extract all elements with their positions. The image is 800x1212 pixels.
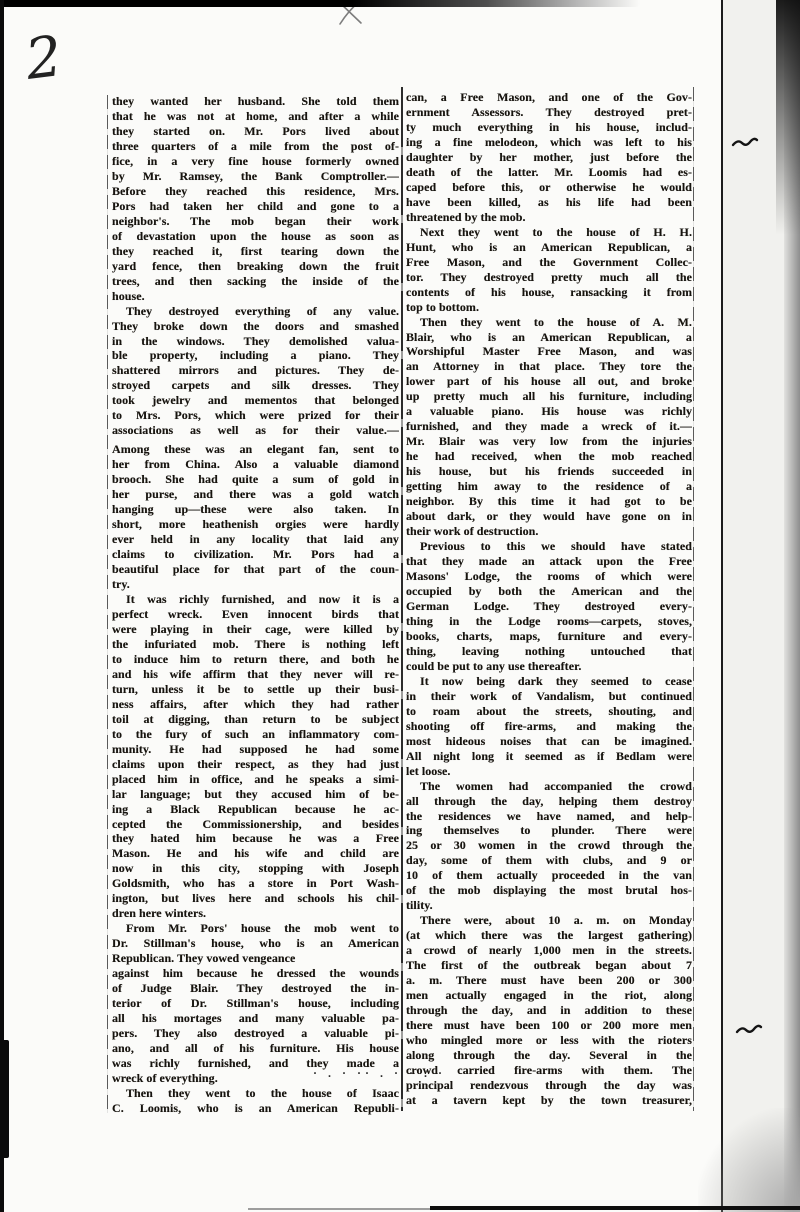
text-line: The first of the outbreak began about 7 bbox=[406, 958, 692, 973]
text-line: a. m. There must have been 200 or 300 bbox=[406, 973, 692, 988]
text-line: a crowd of nearly 1,000 men in the stree… bbox=[406, 943, 692, 958]
text-line: C. Loomis, who is an American Republi- bbox=[112, 1101, 399, 1116]
text-line: Dr. Stillman's house, who is an American bbox=[112, 936, 399, 951]
text-line: they reached it, first tearing down the bbox=[112, 244, 399, 259]
text-line: took jewelry and mementos that belonged bbox=[112, 393, 399, 408]
text-line: claims upon their respect, as they had j… bbox=[112, 757, 399, 772]
text-line: Blair, who is an American Republican, a bbox=[406, 330, 692, 345]
text-line: Goldsmith, who has a store in Port Wash- bbox=[112, 876, 399, 891]
text-line: their work of destruction. bbox=[406, 524, 692, 539]
text-line: It now being dark they seemed to cease bbox=[406, 674, 692, 689]
text-line: top to bottom. bbox=[406, 300, 692, 315]
text-line: stroyed carpets and silk dresses. They bbox=[112, 378, 399, 393]
text-line: trees, and then sacking the inside of th… bbox=[112, 274, 399, 289]
article-column-right: can, a Free Mason, and one of the Gov-er… bbox=[406, 90, 692, 1108]
text-line: Among these was an elegant fan, sent to bbox=[112, 442, 399, 457]
text-line: (at which there was the largest gatherin… bbox=[406, 928, 692, 943]
text-line: placed him in office, and he speaks a si… bbox=[112, 772, 399, 787]
scan-shadow-bottom-right bbox=[698, 1108, 800, 1212]
text-line: daughter by her mother, just before the bbox=[406, 150, 692, 165]
text-line: day, some of them with clubs, and 9 or bbox=[406, 853, 692, 868]
scan-edge-top bbox=[0, 0, 640, 7]
text-line: all his mortages and many valuable pa- bbox=[112, 1011, 399, 1026]
text-line: shattered mirrors and pictures. They de- bbox=[112, 363, 399, 378]
text-line: short, more heathenish orgies were hardl… bbox=[112, 517, 399, 532]
text-line: Then they went to the house of A. M. bbox=[406, 315, 692, 330]
text-line: Then they went to the house of Isaac bbox=[112, 1086, 399, 1101]
text-line: her from China. Also a valuable diamond bbox=[112, 457, 399, 472]
text-line: all through the day, helping them destro… bbox=[406, 794, 692, 809]
text-line: to Mrs. Pors, which were prized for thei… bbox=[112, 408, 399, 423]
text-line: lower part of his house all out, and bro… bbox=[406, 374, 692, 389]
text-line: ing a fine melodeon, which was left to h… bbox=[406, 135, 692, 150]
text-line: claims to civilization. Mr. Pors had a bbox=[112, 547, 399, 562]
text-line: 10 of them actually proceeded in the van bbox=[406, 868, 692, 883]
text-line: ano, and all of his furniture. His house bbox=[112, 1041, 399, 1056]
text-line: against him because he dressed the wound… bbox=[112, 966, 399, 981]
text-line: of devastation upon the house as soon as bbox=[112, 229, 399, 244]
text-line: Hunt, who is an American Republican, a bbox=[406, 240, 692, 255]
text-line: perfect wreck. Even innocent birds that bbox=[112, 607, 399, 622]
text-line: neighbor's. The mob began their work bbox=[112, 214, 399, 229]
text-line: of Judge Blair. They destroyed the in- bbox=[112, 981, 399, 996]
text-line: yard fence, then breaking down the fruit bbox=[112, 259, 399, 274]
text-line: turn, unless it be to settle up their bu… bbox=[112, 682, 399, 697]
text-line: that they made an attack upon the Free bbox=[406, 554, 692, 569]
text-line: up pretty much all his furniture, includ… bbox=[406, 389, 692, 404]
text-line: men actually engaged in the riot, along bbox=[406, 988, 692, 1003]
text-line: by Mr. Ramsey, the Bank Comptroller.— bbox=[112, 169, 399, 184]
scan-edge-bottom-faint bbox=[248, 1208, 432, 1210]
text-line: the infuriated mob. There is nothing lef… bbox=[112, 637, 399, 652]
text-line: dren here winters. bbox=[112, 906, 399, 921]
text-line: they started on. Mr. Pors lived about bbox=[112, 124, 399, 139]
text-line: furnished, and they made a wreck of it.— bbox=[406, 419, 692, 434]
text-line: in their work of Vandalism, but continue… bbox=[406, 689, 692, 704]
text-line: ty much everything in his house, includ- bbox=[406, 120, 692, 135]
text-line: Mason. He and his wife and child are bbox=[112, 846, 399, 861]
text-line: most hideous noises that can be imagined… bbox=[406, 734, 692, 749]
text-line: munity. He had supposed he had some bbox=[112, 742, 399, 757]
text-line: beautiful place for that part of the cou… bbox=[112, 562, 399, 577]
text-line: caped before this, or otherwise he would bbox=[406, 180, 692, 195]
text-line: ness affairs, after which they had rathe… bbox=[112, 697, 399, 712]
text-line: her purse, and there was a gold watch bbox=[112, 487, 399, 502]
text-line: shooting off fire-arms, and making the bbox=[406, 719, 692, 734]
text-line: fice, in a very fine house formerly owne… bbox=[112, 154, 399, 169]
text-line: there must have been 100 or 200 more men bbox=[406, 1018, 692, 1033]
text-line: he had received, when the mob reached bbox=[406, 449, 692, 464]
text-line: a valuable piano. His house was richly bbox=[406, 404, 692, 419]
text-line: threatened by the mob. bbox=[406, 210, 692, 225]
text-line: Worshipful Master Free Mason, and was bbox=[406, 344, 692, 359]
ink-squiggle-mark-lower bbox=[735, 1023, 763, 1037]
text-line: who mingled more or less with the rioter… bbox=[406, 1033, 692, 1048]
ink-dots: · . · ·· . · · . · bbox=[313, 1066, 483, 1081]
text-line: Mr. Blair was very low from the injuries bbox=[406, 434, 692, 449]
text-line: They broke down the doors and smashed bbox=[112, 319, 399, 334]
text-line: to the fury of such an inflammatory com- bbox=[112, 727, 399, 742]
text-line: brooch. She had quite a sum of gold in bbox=[112, 472, 399, 487]
article-column-left: they wanted her husband. She told themth… bbox=[112, 94, 399, 1116]
text-line: Previous to this we should have stated bbox=[406, 539, 692, 554]
column-rule-center bbox=[401, 87, 403, 1111]
text-line: let loose. bbox=[406, 764, 692, 779]
text-line: tor. They destroyed pretty much all the bbox=[406, 270, 692, 285]
text-line: now in this city, stopping with Joseph bbox=[112, 861, 399, 876]
scan-edge-right-top bbox=[776, 0, 800, 235]
text-line: and his wife affirm that they never will… bbox=[112, 667, 399, 682]
text-line: getting him away to the residence of a bbox=[406, 479, 692, 494]
text-line: Masons' Lodge, the rooms of which were bbox=[406, 569, 692, 584]
text-line: an Attorney in that place. They tore the bbox=[406, 359, 692, 374]
text-line: have been killed, as his life had been bbox=[406, 195, 692, 210]
text-line: German Lodge. They destroyed every- bbox=[406, 599, 692, 614]
text-line: through the day, and in addition to thes… bbox=[406, 1003, 692, 1018]
text-line: ing a Black Republican because he ac- bbox=[112, 802, 399, 817]
text-line: occupied by both the American and the bbox=[406, 584, 692, 599]
newspaper-scan-page: 2 they wanted her husband. She told them… bbox=[0, 0, 800, 1212]
text-line: Free Mason, and the Government Collec- bbox=[406, 255, 692, 270]
text-line: death of the latter. Mr. Loomis had es- bbox=[406, 165, 692, 180]
scan-edge-bottom bbox=[430, 1206, 800, 1210]
text-line: The women had accompanied the crowd bbox=[406, 779, 692, 794]
text-line: to roam about the streets, shouting, and bbox=[406, 704, 692, 719]
text-line: to induce him to return there, and both … bbox=[112, 652, 399, 667]
text-line: thing, leaving nothing untouched that bbox=[406, 644, 692, 659]
text-line: tility. bbox=[406, 898, 692, 913]
text-line: of the mob displaying the most brutal ho… bbox=[406, 883, 692, 898]
text-line: They destroyed everything of any value. bbox=[112, 304, 399, 319]
column-rule-right bbox=[693, 87, 694, 1111]
text-line: his house, but his friends succeeded in bbox=[406, 464, 692, 479]
text-line: that he was not at home, and after a whi… bbox=[112, 109, 399, 124]
text-line: Before they reached this residence, Mrs. bbox=[112, 184, 399, 199]
scan-edge-left bbox=[0, 0, 4, 1212]
text-line: could be put to any use thereafter. bbox=[406, 659, 692, 674]
text-line: try. bbox=[112, 577, 399, 592]
text-line: neighbor. By this time it had got to be bbox=[406, 494, 692, 509]
text-line: toil at digging, than return to be subje… bbox=[112, 712, 399, 727]
text-line: Republican. They vowed vengeance bbox=[112, 951, 399, 966]
text-line: they hated him because he was a Free bbox=[112, 831, 399, 846]
text-line: pers. They also destroyed a valuable pi- bbox=[112, 1026, 399, 1041]
text-line: ever held in any locality that laid any bbox=[112, 532, 399, 547]
text-line: three quarters of a mile from the post o… bbox=[112, 139, 399, 154]
text-line: From Mr. Pors' house the mob went to bbox=[112, 921, 399, 936]
text-line: associations as well as for their value.… bbox=[112, 423, 399, 438]
text-line: at a tavern kept by the town treasurer, bbox=[406, 1093, 692, 1108]
text-line: thing in the Lodge rooms—carpets, stoves… bbox=[406, 614, 692, 629]
ink-squiggle-mark-upper bbox=[731, 136, 759, 150]
text-line: Next they went to the house of H. H. bbox=[406, 225, 692, 240]
text-line: It was richly furnished, and now it is a bbox=[112, 592, 399, 607]
page-fold-line bbox=[721, 0, 723, 1212]
text-line: they wanted her husband. She told them bbox=[112, 94, 399, 109]
text-line: Pors had taken her child and gone to a bbox=[112, 199, 399, 214]
text-line: ing themselves to plunder. There were bbox=[406, 823, 692, 838]
text-line: house. bbox=[112, 289, 399, 304]
text-line: the residences we have named, and help- bbox=[406, 809, 692, 824]
handwritten-page-number: 2 bbox=[22, 24, 65, 93]
text-line: 25 or 30 women in the crowd through the bbox=[406, 838, 692, 853]
text-line: can, a Free Mason, and one of the Gov- bbox=[406, 90, 692, 105]
text-line: cepted the Commissionership, and besides bbox=[112, 817, 399, 832]
text-line: ington, but lives here and schools his c… bbox=[112, 891, 399, 906]
text-line: along through the day. Several in the bbox=[406, 1048, 692, 1063]
text-line: books, charts, maps, furniture and every… bbox=[406, 629, 692, 644]
text-line: ble property, including a piano. They bbox=[112, 348, 399, 363]
column-rule-left bbox=[107, 95, 108, 1113]
text-line: in the windows. They demolished valua- bbox=[112, 334, 399, 349]
text-line: about dark, or they would have gone on i… bbox=[406, 509, 692, 524]
text-line: contents of his house, ransacking it fro… bbox=[406, 285, 692, 300]
scan-edge-left-blob bbox=[0, 1040, 9, 1158]
text-line: ernment Assessors. They destroyed pret- bbox=[406, 105, 692, 120]
text-line: were playing in their cage, were killed … bbox=[112, 622, 399, 637]
text-line: There were, about 10 a. m. on Monday bbox=[406, 913, 692, 928]
text-line: All night long it seemed as if Bedlam we… bbox=[406, 749, 692, 764]
text-line: terior of Dr. Stillman's house, includin… bbox=[112, 996, 399, 1011]
text-line: hanging up—these were also taken. In bbox=[112, 502, 399, 517]
text-line: lar language; but they accused him of be… bbox=[112, 787, 399, 802]
